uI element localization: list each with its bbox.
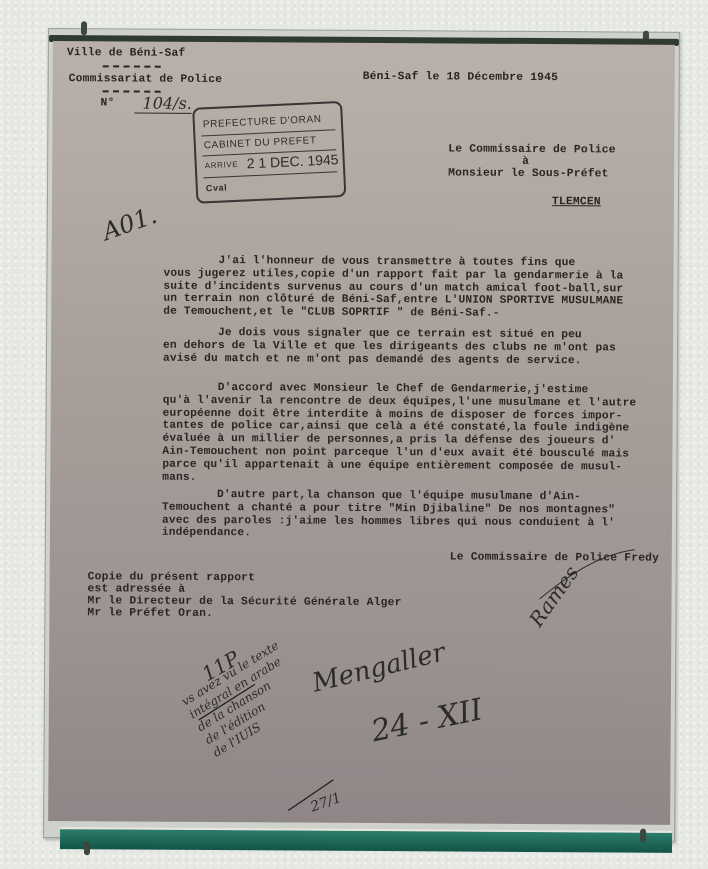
- annotation-date: 24 - XII: [368, 692, 485, 749]
- stamp-rule: [203, 171, 337, 178]
- sender-line: Le Commissaire de Police: [448, 143, 616, 157]
- annotation-signature: Mengaller: [309, 637, 448, 698]
- margin-note: A01.: [99, 201, 161, 246]
- glass-display-frame: Ville de Béni-Saf Commissariat de Police…: [43, 28, 680, 842]
- number-label: N°: [101, 97, 115, 110]
- prefecture-stamp: PREFECTURE D'ORAN CABINET DU PREFET ARRI…: [192, 101, 346, 204]
- city-heading: Ville de Béni-Saf: [67, 47, 186, 60]
- recipient-city: TLEMCEN: [552, 196, 601, 209]
- recipient-line: Monsieur le Sous-Préfet: [448, 167, 609, 181]
- date-line: Béni-Saf le 18 Décembre 1945: [363, 71, 558, 85]
- document-page: Ville de Béni-Saf Commissariat de Police…: [48, 41, 675, 825]
- stamp-arrival-prefix: ARRIVE: [205, 160, 239, 171]
- stamp-arrival-date: 2 1 DEC. 1945: [246, 151, 338, 171]
- reference-number: 104/s.: [134, 94, 191, 114]
- copy-line-4: Mr le Préfet Oran.: [87, 607, 213, 620]
- office-heading: Commissariat de Police: [69, 73, 223, 87]
- annotation-note: vs avez vu le texte intégral en arabe de…: [179, 638, 313, 760]
- divider: [103, 65, 161, 69]
- body-paragraph-1: J'ai l'honneur de vous transmettre à tou…: [163, 255, 675, 322]
- top-left-clip: [81, 21, 87, 35]
- body-paragraph-3: D'accord avec Monsieur le Chef de Gendar…: [162, 382, 675, 488]
- bottom-mount-bar: [60, 827, 672, 853]
- signature-flourish: [539, 544, 649, 605]
- stamp-line1: PREFECTURE D'ORAN: [203, 114, 322, 130]
- body-paragraph-2: Je dois vous signaler que ce terrain est…: [163, 327, 675, 369]
- stamp-line4: Cval: [206, 182, 228, 193]
- bottom-right-clip: [640, 829, 646, 843]
- stamp-line2: CABINET DU PREFET: [204, 135, 317, 151]
- bottom-left-clip: [84, 841, 90, 855]
- to-a: à: [522, 156, 529, 169]
- body-paragraph-4: D'autre part,la chanson que l'équipe mus…: [162, 489, 675, 543]
